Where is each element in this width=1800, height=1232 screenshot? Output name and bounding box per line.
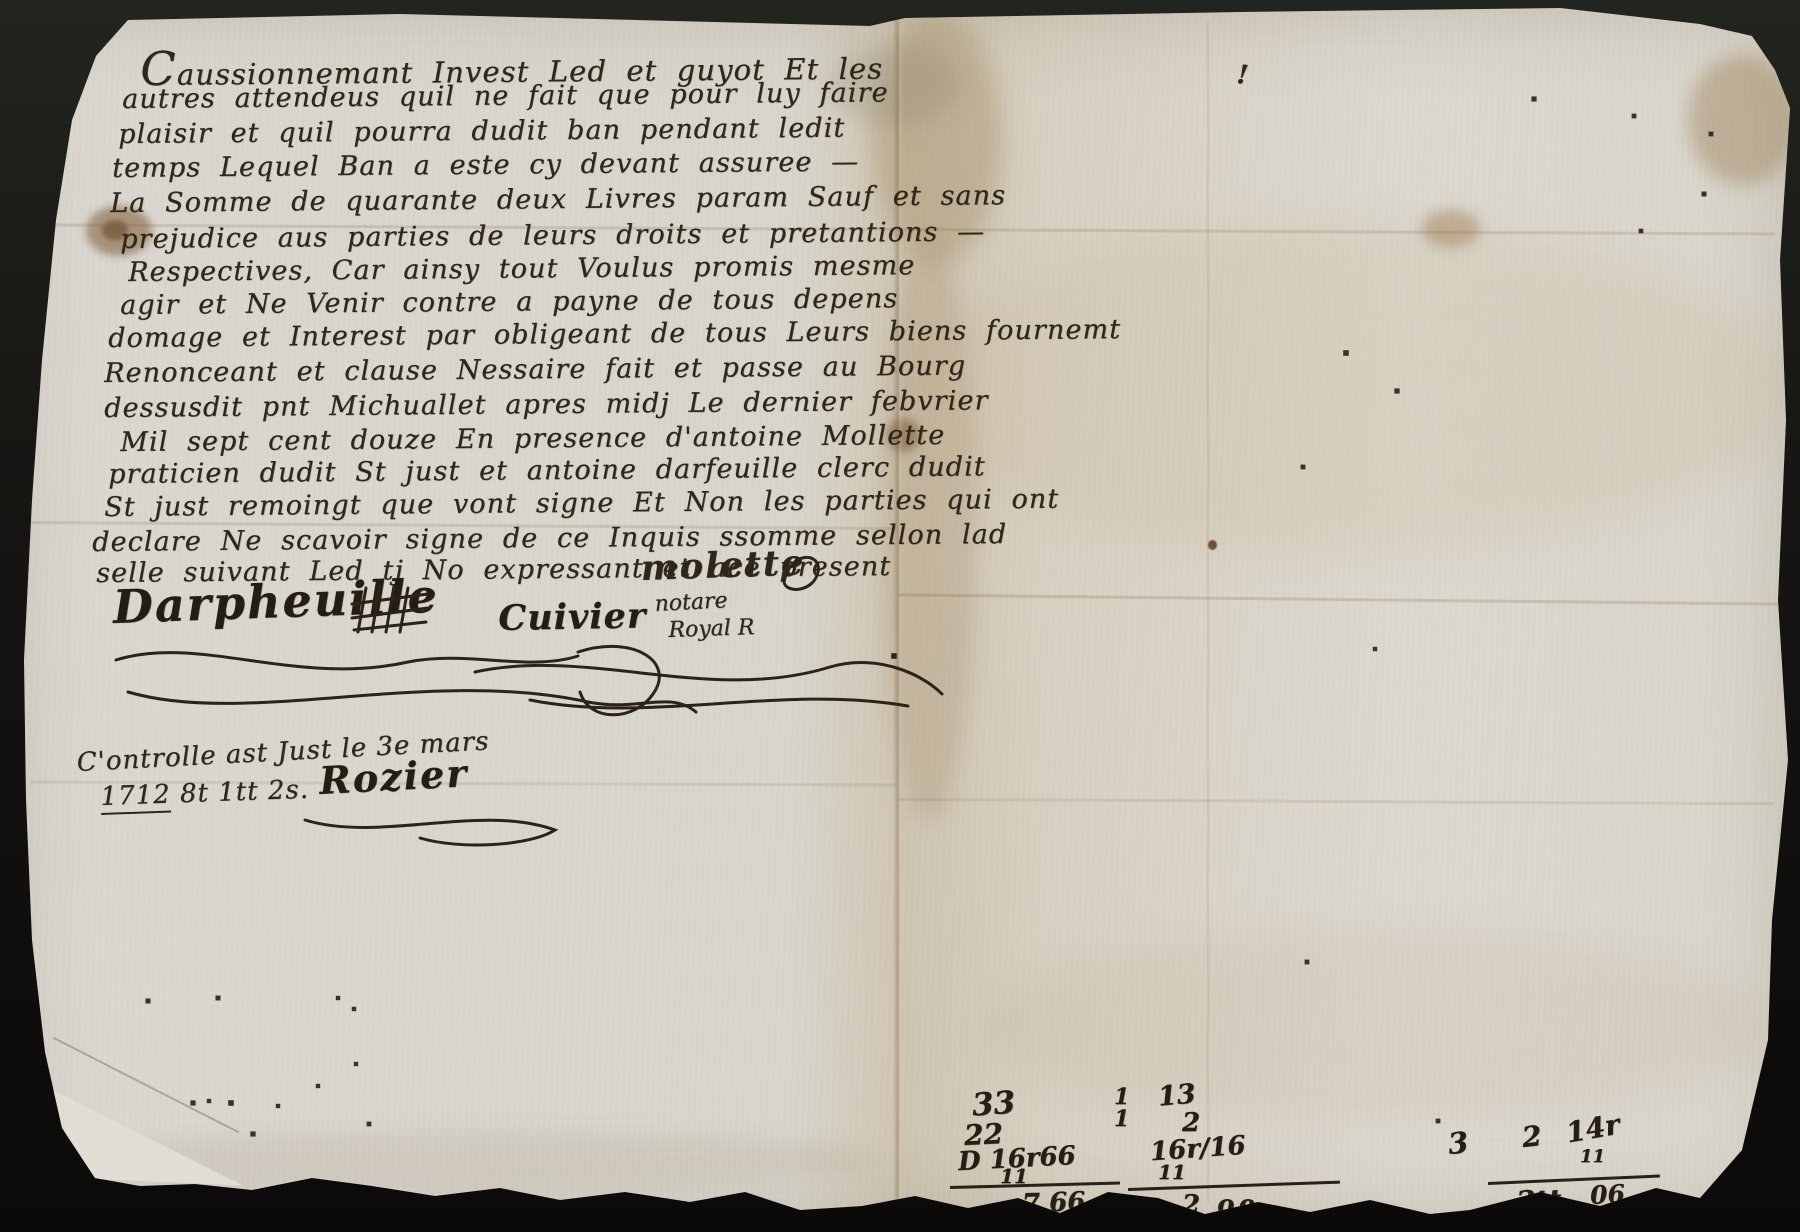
bottom-right-band-stain bbox=[980, 930, 1770, 1120]
deed-line: temps Lequel Ban a este cy devant assure… bbox=[112, 146, 859, 184]
horizontal-crease-mid-right bbox=[898, 593, 1780, 605]
deed-line: praticien dudit St just et antoine darfe… bbox=[108, 451, 986, 490]
calc-right-num3: 14r bbox=[1564, 1108, 1623, 1150]
control-note-year: 1712 bbox=[100, 780, 171, 815]
control-note-fee: 8t 1tt 2s. bbox=[179, 775, 309, 809]
horizontal-crease-low-right bbox=[898, 798, 1773, 806]
deed-line: plaisir et quil pourra dudit ban pendant… bbox=[118, 113, 845, 150]
calc-right-total-sols: 06 bbox=[1589, 1179, 1625, 1210]
deed-line: agir et Ne Venir contre a payne de tous … bbox=[120, 283, 898, 321]
worm-hole-spot bbox=[1208, 540, 1217, 550]
control-signature: Rozier bbox=[318, 750, 469, 803]
witness-paraph-flourish bbox=[772, 540, 832, 595]
deed-line: Renonceant et clause Nessaire fait et pa… bbox=[104, 350, 966, 389]
deed-line: prejudice aus parties de leurs droits et… bbox=[120, 216, 985, 255]
right-mid-blotch bbox=[1422, 210, 1480, 248]
dog-ear-fold bbox=[38, 1078, 243, 1190]
ink-specks bbox=[0, 0, 2, 2]
calc-right-sum-line bbox=[1488, 1174, 1660, 1184]
calc-middle-total: 2 oe bbox=[1182, 1190, 1259, 1220]
deed-line: autres attendeus quil ne fait que pour l… bbox=[122, 77, 889, 115]
calc-right-total-livres: 3tt bbox=[1515, 1183, 1562, 1218]
signature-secondary: Cuivier bbox=[498, 595, 647, 639]
control-note-line2: 1712 8t 1tt 2s. bbox=[100, 775, 309, 812]
deed-line: domage et Interest par obligeant de tous… bbox=[108, 314, 1121, 354]
signature-secondary-title-line1: notare bbox=[654, 588, 728, 617]
deed-line: Respectives, Car ainsy tout Voulus promi… bbox=[128, 250, 915, 288]
top-right-edge-stain bbox=[1688, 55, 1798, 185]
calc-left-total: 7 66 bbox=[1021, 1187, 1085, 1219]
deed-line: dessusdit pnt Michuallet apres midj Le d… bbox=[104, 385, 989, 424]
calc-right-num2: 2 bbox=[1520, 1119, 1543, 1154]
calc-right-row2: 11 bbox=[1580, 1146, 1605, 1167]
calc-middle-tick2: 1 bbox=[1114, 1106, 1129, 1132]
signature-secondary-title-line2: Royal R bbox=[668, 615, 755, 643]
manuscript-sheet: ! Caussionnemant Invest Led et guyot Et … bbox=[0, 0, 1800, 1232]
control-signature-flourish bbox=[300, 798, 570, 853]
signature-primary-crosshatch bbox=[348, 582, 433, 638]
vertical-crease-right-page bbox=[1207, 22, 1209, 1202]
calc-middle-row4: 11 bbox=[1158, 1160, 1186, 1184]
photo-backdrop: ! Caussionnemant Invest Led et guyot Et … bbox=[0, 0, 1800, 1232]
deed-line: La Somme de quarante deux Livres param S… bbox=[110, 180, 1006, 219]
deed-line: St just remoingt que vont signe Et Non l… bbox=[104, 484, 1059, 523]
signature-secondary-flourish bbox=[470, 642, 950, 722]
stray-ink-mark: ! bbox=[1235, 60, 1249, 91]
calc-right-num1: 3 bbox=[1446, 1125, 1470, 1161]
